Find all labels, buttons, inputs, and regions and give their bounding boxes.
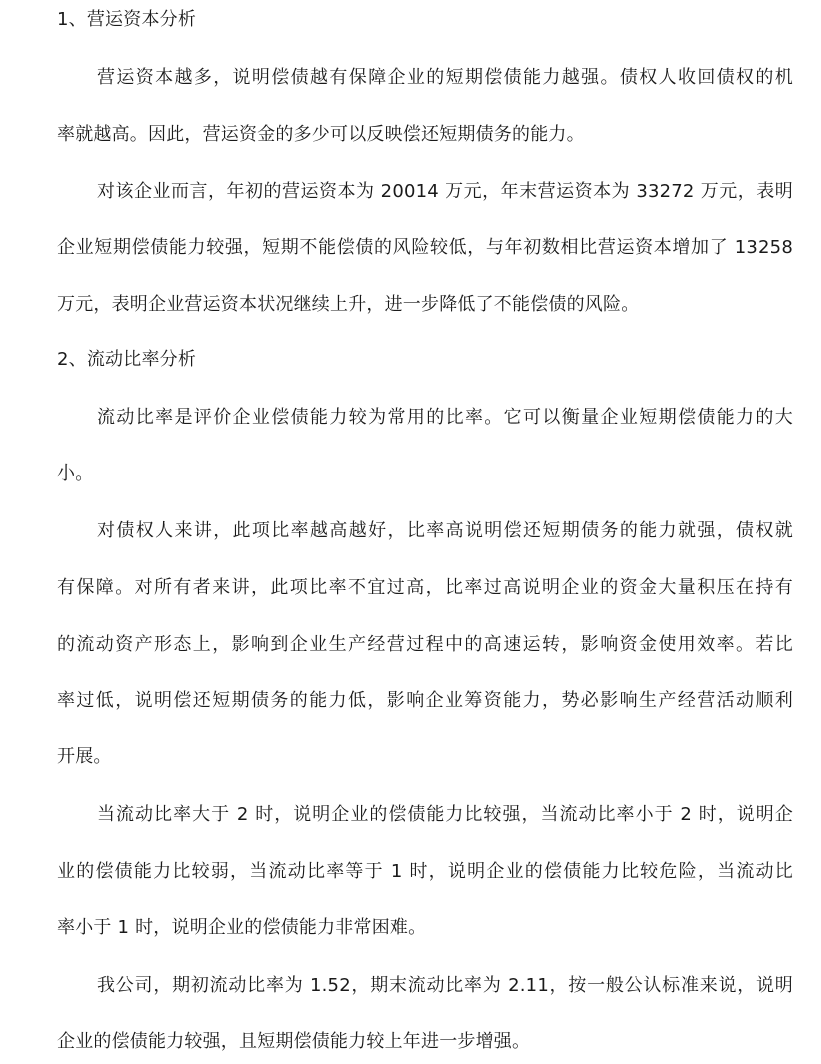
paragraph-line: 业的偿债能力比较弱，当流动比率等于 1 时，说明企业的偿债能力比较危险，当流动比 <box>57 860 793 884</box>
paragraph-line: 对该企业而言，年初的营运资本为 20014 万元，年末营运资本为 33272 万… <box>97 180 793 204</box>
paragraph-line: 率小于 1 时，说明企业的偿债能力非常困难。 <box>57 916 793 940</box>
section-heading-working-capital: 1、营运资本分析 <box>57 8 793 32</box>
paragraph-line: 企业短期偿债能力较强，短期不能偿债的风险较低，与年初数相比营运资本增加了 132… <box>57 236 793 260</box>
paragraph-line: 率就越高。因此，营运资金的多少可以反映偿还短期债务的能力。 <box>57 123 793 147</box>
paragraph-line: 当流动比率大于 2 时，说明企业的偿债能力比较强，当流动比率小于 2 时，说明企 <box>97 803 793 827</box>
paragraph-line: 流动比率是评价企业偿债能力较为常用的比率。它可以衡量企业短期偿债能力的大 <box>97 406 793 430</box>
paragraph-line: 我公司，期初流动比率为 1.52，期末流动比率为 2.11，按一般公认标准来说，… <box>97 974 793 998</box>
section-heading-current-ratio: 2、流动比率分析 <box>57 348 793 372</box>
paragraph-line: 开展。 <box>57 745 793 769</box>
paragraph-line: 营运资本越多，说明偿债越有保障企业的短期偿债能力越强。债权人收回债权的机 <box>97 66 793 90</box>
paragraph-line: 小。 <box>57 462 793 486</box>
paragraph-line: 企业的偿债能力较强，且短期偿债能力较上年进一步增强。 <box>57 1030 793 1054</box>
paragraph-line: 有保障。对所有者来讲，此项比率不宜过高，比率过高说明企业的资金大量积压在持有 <box>57 576 793 600</box>
paragraph-line: 率过低，说明偿还短期债务的能力低，影响企业筹资能力，势必影响生产经营活动顺利 <box>57 689 793 713</box>
paragraph-line: 的流动资产形态上，影响到企业生产经营过程中的高速运转，影响资金使用效率。若比 <box>57 633 793 657</box>
document-page: 1、营运资本分析 营运资本越多，说明偿债越有保障企业的短期偿债能力越强。债权人收… <box>0 0 821 1064</box>
paragraph-line: 万元，表明企业营运资本状况继续上升，进一步降低了不能偿债的风险。 <box>57 293 793 317</box>
paragraph-line: 对债权人来讲，此项比率越高越好，比率高说明偿还短期债务的能力就强，债权就 <box>97 519 793 543</box>
